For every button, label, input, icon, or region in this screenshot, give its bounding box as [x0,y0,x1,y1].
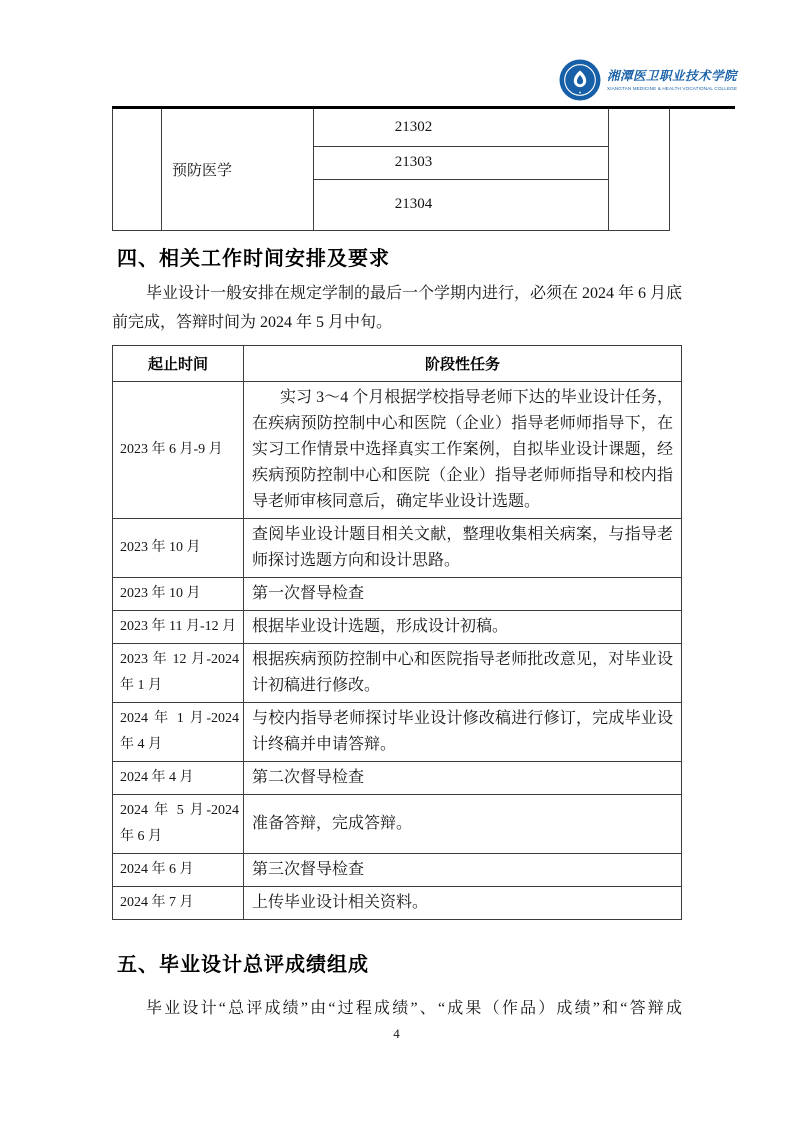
college-name-en: XIANGTAN MEDICINE & HEALTH VOCATIONAL CO… [607,86,737,91]
task-cell: 根据毕业设计选题，形成设计初稿。 [244,611,682,644]
class-codes-table-body: 预防医学 21302 21303 21304 [113,109,670,230]
task-cell: 上传毕业设计相关资料。 [244,887,682,920]
table-row: 2023 年 6 月-9 月实习 3～4 个月根据学校指导老师下达的毕业设计任务… [113,382,682,519]
time-header: 起止时间 [113,346,244,382]
table-row: 2024 年 1 月-2024 年 4 月与校内指导老师探讨毕业设计修改稿进行修… [113,703,682,762]
section4-intro: 毕业设计一般安排在规定学制的最后一个学期内进行，必须在 2024 年 6 月底前… [112,279,682,337]
task-cell: 查阅毕业设计题目相关文献，整理收集相关病案，与指导老师探讨选题方向和设计思路。 [244,519,682,578]
time-cell: 2024 年 4 月 [113,762,244,795]
task-cell: 实习 3～4 个月根据学校指导老师下达的毕业设计任务，在疾病预防控制中心和医院（… [244,382,682,519]
task-cell: 准备答辩，完成答辩。 [244,795,682,854]
task-cell: 第三次督导检查 [244,854,682,887]
table-row: 2023 年 12 月-2024 年 1 月根据疾病预防控制中心和医院指导老师批… [113,644,682,703]
college-emblem-icon [559,59,601,101]
section-heading-5: 五、毕业设计总评成绩组成 [117,952,369,978]
table-row: 2023 年 10 月查阅毕业设计题目相关文献，整理收集相关病案，与指导老师探讨… [113,519,682,578]
table-row: 2024 年 4 月第二次督导检查 [113,762,682,795]
table-row: 2023 年 11 月-12 月根据毕业设计选题，形成设计初稿。 [113,611,682,644]
class-code-cell: 21302 [314,109,609,146]
section5-intro: 毕业设计“总评成绩”由“过程成绩”、“成果（作品）成绩”和“答辩成 [112,994,682,1023]
college-logo: 湘潭医卫职业技术学院 XIANGTAN MEDICINE & HEALTH VO… [559,59,793,101]
section-heading-4: 四、相关工作时间安排及要求 [117,246,390,272]
task-header: 阶段性任务 [244,346,682,382]
class-code-cell: 21304 [314,179,609,230]
major-cell: 预防医学 [162,109,314,230]
task-cell: 与校内指导老师探讨毕业设计修改稿进行修订，完成毕业设计终稿并申请答辩。 [244,703,682,762]
table-row: 2024 年 5 月-2024 年 6 月准备答辩，完成答辩。 [113,795,682,854]
time-cell: 2024 年 6 月 [113,854,244,887]
time-cell: 2024 年 1 月-2024 年 4 月 [113,703,244,762]
table-row: 预防医学 21302 [113,109,670,146]
schedule-table-body: 2023 年 6 月-9 月实习 3～4 个月根据学校指导老师下达的毕业设计任务… [113,382,682,920]
task-cell: 第一次督导检查 [244,578,682,611]
time-cell: 2023 年 11 月-12 月 [113,611,244,644]
table-header-row: 起止时间 阶段性任务 [113,346,682,382]
college-name-cn: 湘潭医卫职业技术学院 [607,68,793,85]
time-cell: 2024 年 7 月 [113,887,244,920]
task-cell: 根据疾病预防控制中心和医院指导老师批改意见，对毕业设计初稿进行修改。 [244,644,682,703]
class-code-cell: 21303 [314,146,609,179]
table-row: 2024 年 6 月第三次督导检查 [113,854,682,887]
empty-cell [609,109,670,230]
page-number: 4 [0,1026,793,1042]
table-row: 2023 年 10 月第一次督导检查 [113,578,682,611]
time-cell: 2023 年 10 月 [113,578,244,611]
empty-cell [113,109,162,230]
time-cell: 2023 年 12 月-2024 年 1 月 [113,644,244,703]
schedule-table: 起止时间 阶段性任务 2023 年 6 月-9 月实习 3～4 个月根据学校指导… [112,345,682,920]
time-cell: 2023 年 6 月-9 月 [113,382,244,519]
college-name-en-wrap: XIANGTAN MEDICINE & HEALTH VOCATIONAL CO… [607,85,793,93]
task-cell: 第二次督导检查 [244,762,682,795]
class-codes-table: 预防医学 21302 21303 21304 [112,109,670,231]
time-cell: 2024 年 5 月-2024 年 6 月 [113,795,244,854]
table-row: 2024 年 7 月上传毕业设计相关资料。 [113,887,682,920]
time-cell: 2023 年 10 月 [113,519,244,578]
college-logo-text: 湘潭医卫职业技术学院 XIANGTAN MEDICINE & HEALTH VO… [607,68,793,93]
document-page: 湘潭医卫职业技术学院 XIANGTAN MEDICINE & HEALTH VO… [0,0,793,1122]
